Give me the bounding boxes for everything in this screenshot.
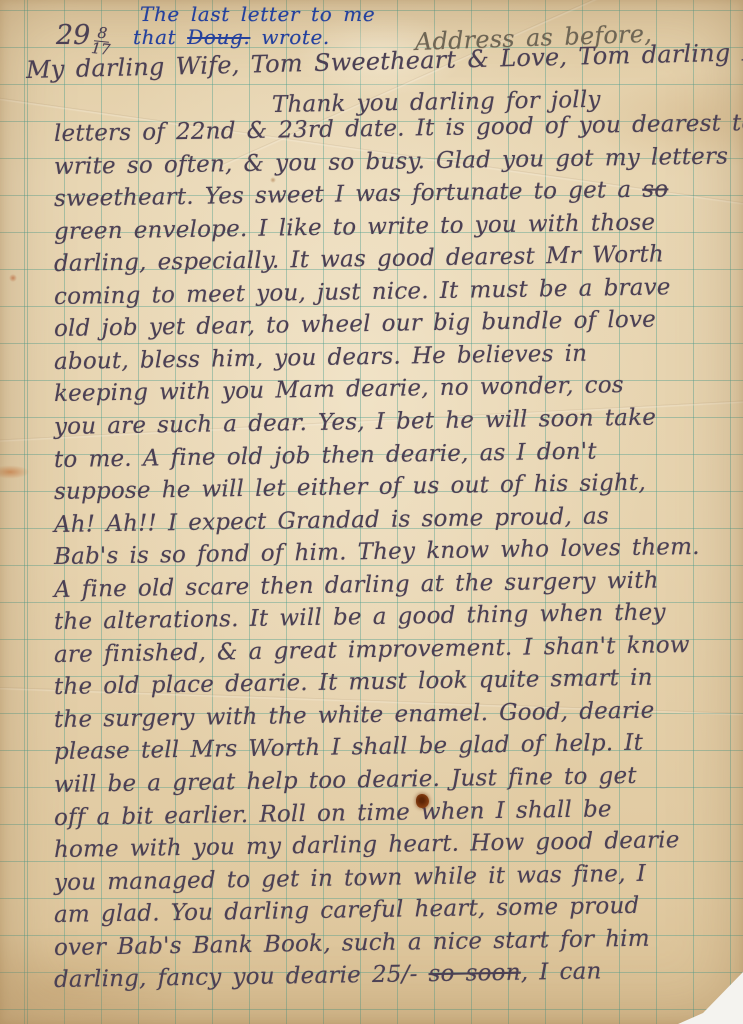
letter-page: The last letter to me that Doug. wrote. …: [0, 0, 743, 1024]
letter-date-fraction: 817: [91, 25, 113, 57]
letter-line-struck-text: so soon: [428, 960, 521, 987]
archivist-note-line2-pre: that: [133, 25, 187, 49]
archivist-note-line2-post: wrote.: [250, 25, 330, 49]
ink-blot: [416, 794, 429, 808]
archivist-note-line1: The last letter to me: [140, 2, 375, 26]
letter-line-text: darling, fancy you dearie 25/-: [54, 961, 429, 993]
letter-date: 29817: [56, 20, 111, 56]
archivist-note-crossed-out-name: Doug.: [187, 25, 250, 49]
letter-line-text: , I can: [521, 958, 602, 985]
archivist-note-line2: that Doug. wrote.: [133, 25, 330, 49]
letter-date-day: 29: [56, 20, 90, 51]
letter-line-struck-text: so: [642, 176, 668, 202]
